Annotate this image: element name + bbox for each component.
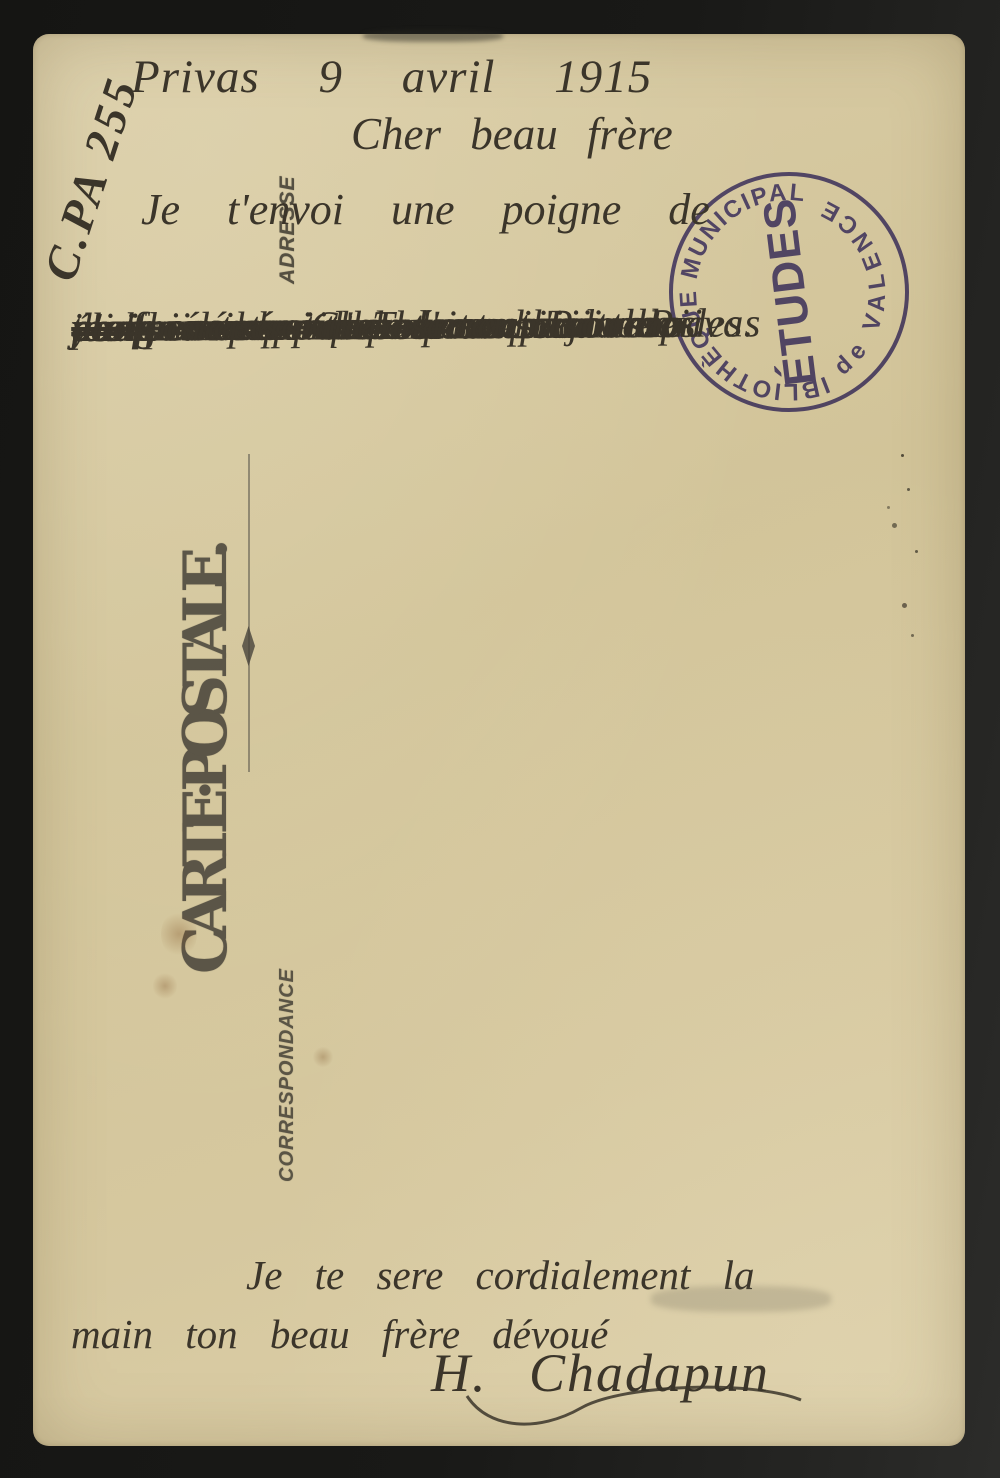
printed-divider-line (248, 454, 250, 772)
foxing-stain (153, 972, 177, 1000)
correspondence-label: CORRESPONDANCE (276, 934, 299, 1182)
foxing-stain (313, 1046, 333, 1068)
ink-speckles (901, 454, 904, 457)
stamp-center-text: ÉTUDES (753, 195, 827, 388)
manuscript-closing-line: Je te sere cordialement la (71, 1246, 951, 1305)
postcard: C.PA 255 ADRESSE CARTE·POSTALE. CORRESPO… (33, 34, 965, 1446)
divider-spear-ornament (242, 626, 255, 666)
dateline: Privas 9 avril 1915 (131, 50, 652, 104)
edge-smudge (363, 30, 503, 42)
salutation: Cher beau frère (351, 108, 673, 160)
scan-background: { "card": { "catalog_number": "C.PA 255"… (0, 0, 1000, 1478)
signature-flourish (453, 1378, 813, 1434)
manuscript-text: chefs ne sont pas tous commodes. (71, 282, 755, 367)
postcard-title: CARTE·POSTALE. (171, 282, 241, 974)
opening-line: Je t'envoi une poigne de (141, 184, 710, 235)
